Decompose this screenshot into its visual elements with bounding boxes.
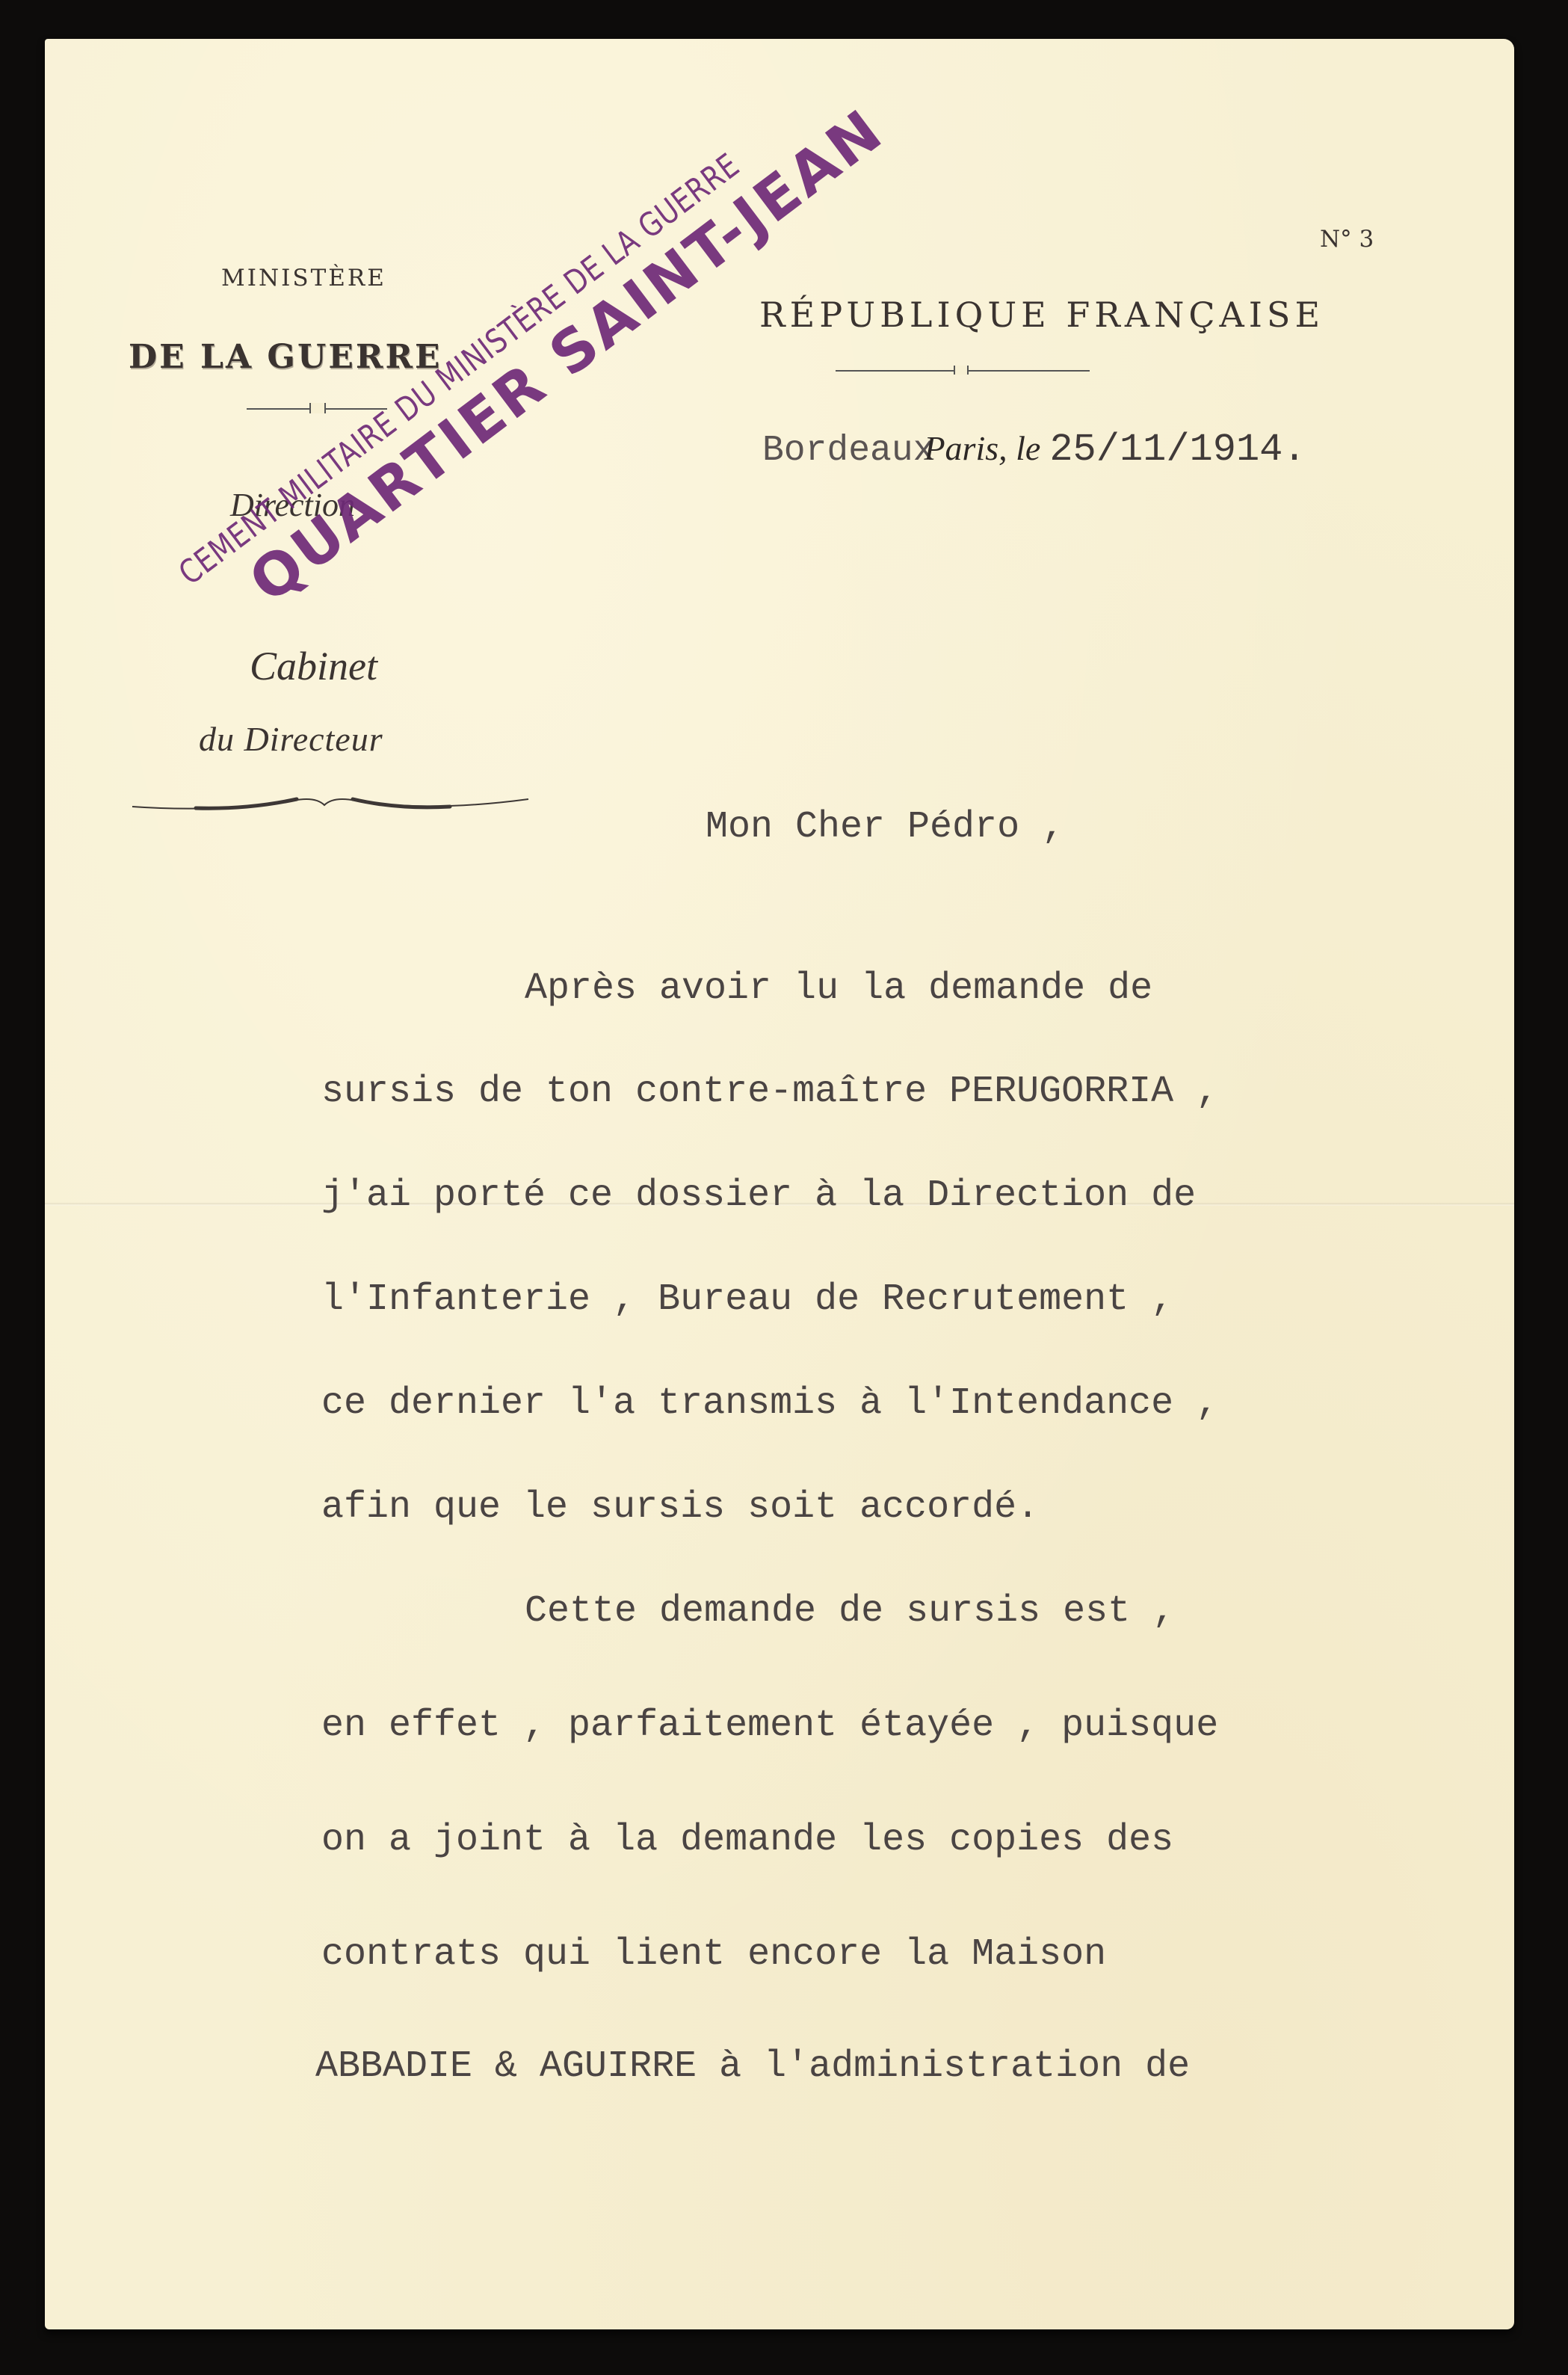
body-line: sursis de ton contre-maître PERUGORRIA ,	[321, 1071, 1218, 1113]
directeur-label: du Directeur	[199, 719, 383, 759]
body-line: afin que le sursis soit accordé.	[321, 1486, 1039, 1529]
body-line: Après avoir lu la demande de	[525, 967, 1152, 1010]
body-line: j'ai porté ce dossier à la Direction de	[321, 1174, 1196, 1217]
body-line: en effet , parfaitement étayée , puisque	[321, 1704, 1218, 1747]
body-line: ABBADIE & AGUIRRE à l'administration de	[315, 2045, 1190, 2088]
ornament-divider	[836, 370, 1090, 372]
republic-heading: RÉPUBLIQUE FRANÇAISE	[759, 295, 1324, 335]
body-line: l'Infanterie , Bureau de Recrutement ,	[321, 1278, 1173, 1321]
body-line: on a joint à la demande les copies des	[321, 1819, 1173, 1861]
dateline: BordeauxParis, le 25/11/1914.	[762, 428, 1306, 472]
letter-sheet: MINISTÈRE DE LA GUERRE Direction Cabinet…	[45, 39, 1514, 2329]
ornament-divider	[247, 408, 387, 410]
body-line: contrats qui lient encore la Maison	[321, 1933, 1106, 1976]
body-line: ce dernier l'a transmis à l'Intendance ,	[321, 1382, 1218, 1425]
ministry-heading: MINISTÈRE	[221, 265, 386, 292]
flourish-ornament-icon	[129, 790, 532, 813]
cabinet-label: Cabinet	[250, 643, 377, 689]
ministry-name: DE LA GUERRE	[129, 338, 442, 376]
document-number: N° 3	[1320, 226, 1374, 253]
place-typed: Bordeaux	[762, 431, 934, 471]
salutation: Mon Cher Pédro ,	[706, 806, 1064, 848]
letter-date: 25/11/1914.	[1049, 428, 1306, 472]
place-printed: Paris, le	[924, 429, 1040, 467]
body-line: Cette demande de sursis est ,	[525, 1590, 1175, 1633]
